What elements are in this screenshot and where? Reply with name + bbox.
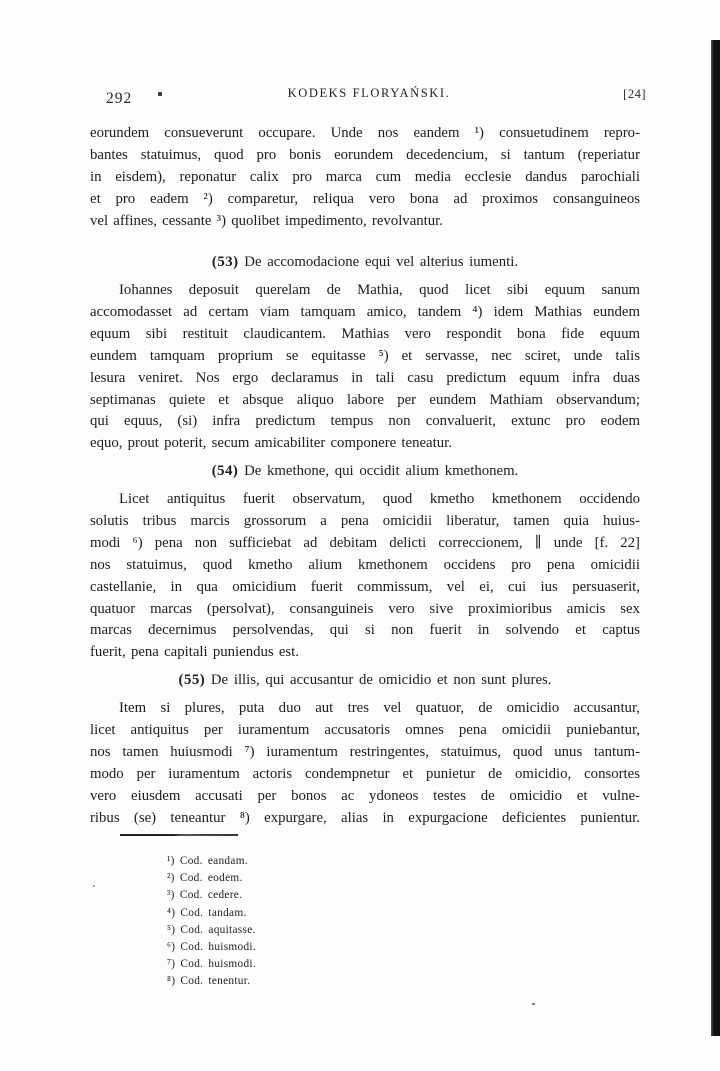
section-55-heading: (55) De illis, qui accusantur de omicidi…	[90, 669, 640, 691]
text-line: nos statuimus, quod kmetho alium kmethon…	[90, 555, 640, 577]
section-55-paragraph: Item si plures, puta duo aut tres vel qu…	[90, 698, 640, 829]
text-line: accomodasset ad certam viam tamquam amic…	[90, 302, 640, 324]
scan-speck	[93, 885, 95, 887]
section-54-paragraph: Licet antiquitus fuerit observatum, quod…	[90, 489, 640, 664]
footnotes-list: ¹) Cod. eandam.²) Cod. eodem.³) Cod. ced…	[167, 853, 467, 991]
text-line: Iohannes deposuit querelam de Mathia, qu…	[90, 280, 640, 302]
text-line: ⁷) Cod. huismodi.	[167, 956, 467, 973]
text-line: ribus (se) teneantur ⁸) expurgare, alias…	[90, 808, 640, 830]
text-line: eundem tamquam proprium se equitasse ⁵) …	[90, 346, 640, 368]
section-55-number: (55)	[179, 672, 206, 688]
text-line: nos tamen huiusmodi ⁷) iuramentum restri…	[90, 742, 640, 764]
footnote-separator	[120, 834, 238, 836]
text-line: modi ⁶) pena non sufficiebat ad debitam …	[90, 533, 640, 555]
text-line: equo, prout poterit, secum amicabiliter …	[90, 433, 640, 455]
text-line: modo per iuramentum actoris condempnetur…	[90, 764, 640, 786]
text-line: bantes statuimus, quod pro bonis eorunde…	[90, 145, 640, 167]
scanned-book-page: 292 KODEKS FLORYAŃSKI. [24] eorundem con…	[0, 0, 720, 1071]
text-line: lesura veniret. Nos ergo declaramus in t…	[90, 368, 640, 390]
text-line: ⁶) Cod. huismodi.	[167, 939, 467, 956]
text-line: in eisdem), reponatur calix pro marca cu…	[90, 167, 640, 189]
section-53-heading: (53) De accomodacione equi vel alterius …	[90, 251, 640, 273]
intro-paragraph: eorundem consueverunt occupare. Unde nos…	[90, 123, 640, 233]
text-line: vel affines, cessante ³) quolibet impedi…	[90, 211, 640, 233]
scan-speck	[532, 1003, 535, 1005]
text-line: ¹) Cod. eandam.	[167, 853, 467, 870]
section-54-number: (54)	[212, 463, 239, 479]
folio-reference: [24]	[623, 87, 646, 102]
page-title: KODEKS FLORYAŃSKI.	[90, 86, 648, 101]
text-line: equum sibi restituit claudicantem. Mathi…	[90, 324, 640, 346]
text-line: ⁴) Cod. tandam.	[167, 905, 467, 922]
text-line: qui equus, (si) infra predictum tempus n…	[90, 411, 640, 433]
text-line: fuerit, pena capitali puniendus est.	[90, 642, 640, 664]
section-54-heading: (54) De kmethone, qui occidit alium kmet…	[90, 460, 640, 482]
text-line: eorundem consueverunt occupare. Unde nos…	[90, 123, 640, 145]
text-line: solutis tribus marcis grossorum a pena o…	[90, 511, 640, 533]
section-53-title: De accomodacione equi vel alterius iumen…	[244, 254, 518, 270]
section-53-paragraph: Iohannes deposuit querelam de Mathia, qu…	[90, 280, 640, 455]
text-line: Item si plures, puta duo aut tres vel qu…	[90, 698, 640, 720]
text-line: ⁸) Cod. tenentur.	[167, 973, 467, 990]
text-line: licet antiquitus per iuramentum accusato…	[90, 720, 640, 742]
text-line: ²) Cod. eodem.	[167, 870, 467, 887]
text-line: et pro eadem ²) comparetur, reliqua vero…	[90, 189, 640, 211]
section-54-title: De kmethone, qui occidit alium kmethonem…	[244, 463, 518, 479]
text-line: castellanie, in qua omicidium fuerit com…	[90, 577, 640, 599]
text-line: vero eiusdem accusati per bonos ac ydone…	[90, 786, 640, 808]
text-line: marcas decernimus persolvendas, qui si n…	[90, 620, 640, 642]
section-53-number: (53)	[212, 254, 239, 270]
text-line: Licet antiquitus fuerit observatum, quod…	[90, 489, 640, 511]
running-head: 292 KODEKS FLORYAŃSKI. [24]	[90, 86, 648, 108]
text-line: septimanas quiete et absque aliquo labor…	[90, 390, 640, 412]
text-line: ⁵) Cod. aquitasse.	[167, 922, 467, 939]
text-line: ³) Cod. cedere.	[167, 887, 467, 904]
scan-edge-artifact	[711, 40, 720, 1036]
text-line: quatuor marcas (persolvat), consanguinei…	[90, 599, 640, 621]
section-55-title: De illis, qui accusantur de omicidio et …	[211, 672, 552, 688]
